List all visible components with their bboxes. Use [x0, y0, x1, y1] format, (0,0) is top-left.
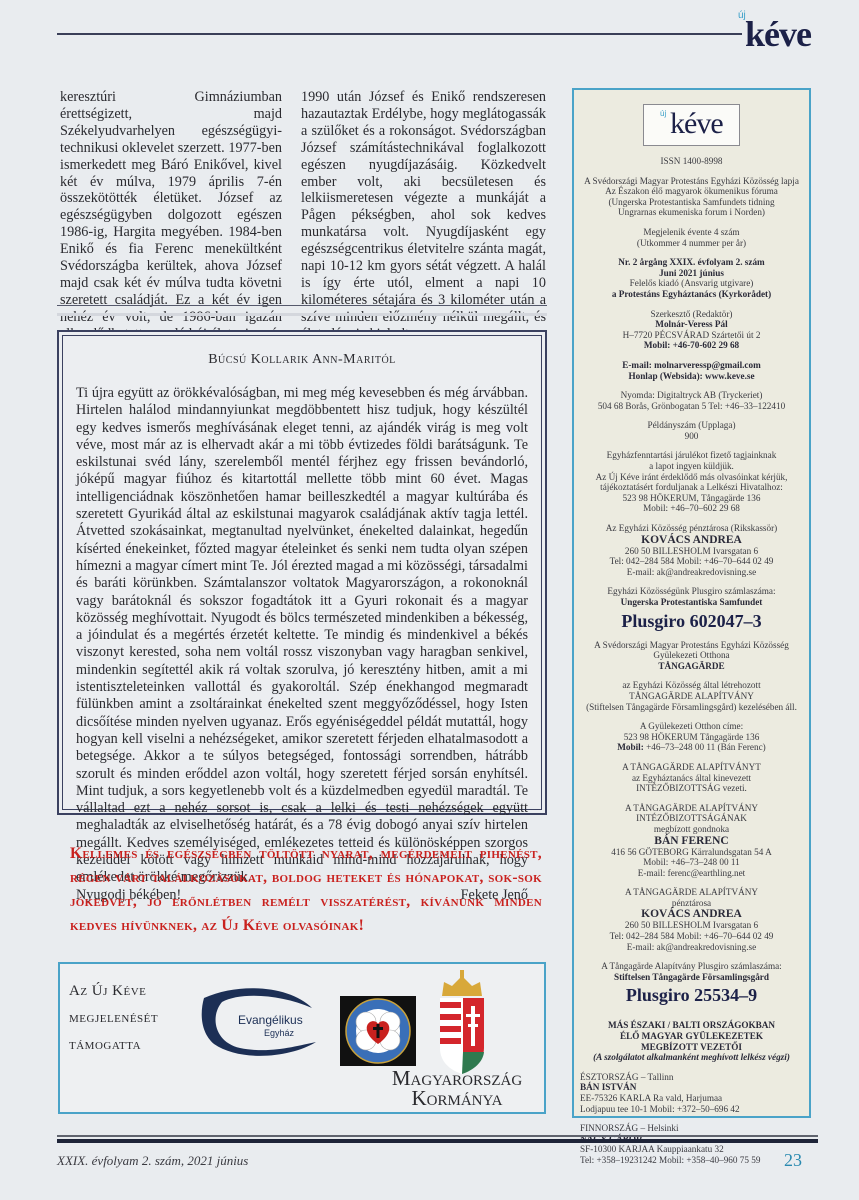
issn: ISSN 1400-8998	[574, 156, 809, 167]
masthead-sidebar: új kéve ISSN 1400-8998 A Svédországi Mag…	[572, 88, 811, 1118]
evangelical-church-logo: Evangélikus Egyház	[200, 986, 320, 1058]
giro1-info: Egyházi Közösségünk Plusgiro számlaszáma…	[574, 586, 809, 631]
giro2-info: A Tångagärde Alapítvány Plusgiro számlas…	[574, 961, 809, 1006]
memorial-title: Búcsú Kollarik Ann-Maritól	[76, 352, 528, 368]
summer-greeting: Kellemes és egészségben töltött nyarat, …	[70, 842, 542, 938]
printer-info: Nyomda: Digitaltryck AB (Tryckeriet) 504…	[574, 390, 809, 411]
editor-info: Szerkesztő (Redaktör) Molnár-Veress Pál …	[574, 309, 809, 351]
board-info: A TÅNGAGÄRDE ALAPÍTVÁNYTaz Egyháztanács …	[574, 762, 809, 794]
hungary-coat-of-arms-icon	[436, 970, 488, 1074]
home-address: A Gyülekezeti Otthon címe:523 98 HÖKERUM…	[574, 721, 809, 753]
sponsors-label: Az Új Kéve megjelenését támogatta	[69, 978, 158, 1059]
email-link[interactable]: E-mail: molnarveressp@gmail.com	[574, 360, 809, 371]
foundation-treasurer-info: A TÅNGAGÄRDE ALAPÍTVÁNYpénztárosa KOVÁCS…	[574, 887, 809, 952]
footer-issue: XXIX. évfolyam 2. szám, 2021 június	[57, 1153, 248, 1169]
caretaker-email-link[interactable]: E-mail: ferenc@earthling.net	[574, 868, 809, 879]
community-home: A Svédországi Magyar Protestáns Egyházi …	[574, 640, 809, 672]
copies-info: Példányszám (Upplaga) 900	[574, 420, 809, 441]
memorial-box: Búcsú Kollarik Ann-Maritól Ti újra együt…	[57, 330, 547, 815]
svg-text:Egyház: Egyház	[264, 1028, 295, 1038]
footer-rule-thick	[57, 1139, 818, 1143]
government-label: Magyarország Kormánya	[372, 1068, 542, 1108]
footer-rule-thin	[57, 1135, 818, 1137]
luther-rose-icon	[340, 996, 416, 1066]
foundation-info: az Egyházi Közösség által létrehozottTÅN…	[574, 680, 809, 712]
issue-info: Nr. 2 årgång XXIX. évfolyam 2. szám Juni…	[574, 257, 809, 299]
finland-contact: FINNORSZÁG – Helsinki NAGY GÁBOR SF-1030…	[574, 1123, 809, 1165]
nordic-title: MÁS ÉSZAKI / BALTI ORSZÁGOKBANÉLŐ MAGYAR…	[574, 1020, 809, 1062]
website-link[interactable]: Honlap (Websida): www.keve.se	[574, 371, 809, 382]
masthead-logo: új kéve	[643, 104, 740, 146]
article-column-left: keresztúri Gimnáziumban érettségizett, m…	[60, 89, 282, 360]
page-number: 23	[784, 1150, 802, 1171]
treasurer-info: Az Egyházi Közösség pénztárosa (Rikskass…	[574, 523, 809, 577]
foundation-treasurer-email-link[interactable]: E-mail: ak@andreakredovisning.se	[574, 942, 809, 953]
header-rule	[57, 33, 742, 35]
estonia-contact: ÉSZTORSZÁG – Tallinn BÁN ISTVÁN EE-75326…	[574, 1072, 809, 1114]
frequency: Megjelenik évente 4 szám(Utkommer 4 numm…	[574, 227, 809, 248]
section-divider	[57, 305, 547, 306]
about: A Svédországi Magyar Protestáns Egyházi …	[574, 176, 809, 218]
svg-text:Evangélikus: Evangélikus	[238, 1013, 303, 1027]
contact-info: E-mail: molnarveressp@gmail.com Honlap (…	[574, 360, 809, 381]
caretaker-info: A TÅNGAGÄRDE ALAPÍTVÁNYINTÉZŐBIZOTTSÁGÁN…	[574, 803, 809, 879]
brand-main: kéve	[745, 16, 811, 52]
subscription-info: Egyházfenntartási járulékot fizető tagja…	[574, 450, 809, 514]
memorial-body: Ti újra együtt az örökkévalóságban, mi m…	[76, 385, 528, 887]
section-divider-shadow	[57, 313, 547, 316]
treasurer-email-link[interactable]: E-mail: ak@andreakredovisning.se	[574, 567, 809, 578]
sponsors-box: Az Új Kéve megjelenését támogatta Evangé…	[58, 962, 546, 1114]
